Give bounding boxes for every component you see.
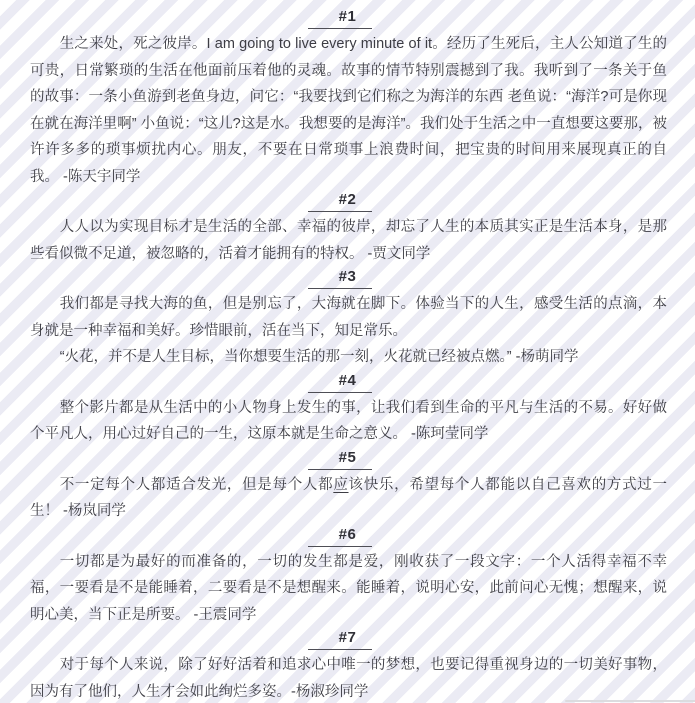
text-segment: 整个影片都是从生活中的小人物身上发生的事，让我们看到生命的平凡与生活的不易。好好… (30, 400, 667, 443)
review-paragraph: 我们都是寻找大海的鱼，但是别忘了，大海就在脚下。体验当下的人生，感受生活的点滴，… (30, 291, 667, 344)
section-heading: #4 (0, 372, 695, 393)
section-heading: #1 (0, 8, 695, 29)
section-number: #5 (339, 449, 357, 466)
section-number: #2 (339, 191, 357, 208)
review-section: #6一切都是为最好的而准备的，一切的发生都是爱，刚收获了一段文字：一个人活得幸福… (0, 526, 695, 629)
heading-underline-rule (308, 28, 372, 29)
text-segment: 对于每个人来说，除了好好活着和追求心中唯一的梦想，也要记得重视身边的一切美好事物… (30, 657, 667, 700)
heading-underline-rule (308, 546, 372, 547)
review-paragraph: 不一定每个人都适合发光，但是每个人都应该快乐，希望每个人都能以自己喜欢的方式过一… (30, 472, 667, 525)
text-segment: 不一定每个人都适合发光，但是每个人都 (60, 477, 334, 493)
heading-underline-rule (308, 392, 372, 393)
review-section: #1生之来处，死之彼岸。I am going to live every min… (0, 8, 695, 190)
text-segment: 生之来处，死之彼岸。I am going to live every minut… (30, 36, 667, 185)
section-number: #6 (339, 526, 357, 543)
review-paragraph: 生之来处，死之彼岸。I am going to live every minut… (30, 31, 667, 190)
review-paragraph: 整个影片都是从生活中的小人物身上发生的事，让我们看到生命的平凡与生活的不易。好好… (30, 395, 667, 448)
section-number: #4 (339, 372, 357, 389)
review-paragraph: 对于每个人来说，除了好好活着和追求心中唯一的梦想，也要记得重视身边的一切美好事物… (30, 652, 667, 703)
section-heading: #5 (0, 449, 695, 470)
heading-underline-rule (308, 649, 372, 650)
section-heading: #6 (0, 526, 695, 547)
review-paragraph: “火花，并不是人生目标，当你想要生活的那一刻，火花就已经被点燃。” -杨萌同学 (30, 344, 667, 371)
review-paragraph: 一切都是为最好的而准备的，一切的发生都是爱，刚收获了一段文字：一个人活得幸福不幸… (30, 549, 667, 629)
heading-underline-rule (308, 469, 372, 470)
text-segment: 人人以为实现目标才是生活的全部、幸福的彼岸，却忘了人生的本质其实正是生活本身，是… (30, 219, 667, 262)
text-segment: “火花，并不是人生目标，当你想要生活的那一刻，火花就已经被点燃。” -杨萌同学 (60, 349, 579, 365)
section-heading: #2 (0, 191, 695, 212)
review-section: #7对于每个人来说，除了好好活着和追求心中唯一的梦想，也要记得重视身边的一切美好… (0, 629, 695, 703)
review-paragraph: 人人以为实现目标才是生活的全部、幸福的彼岸，却忘了人生的本质其实正是生活本身，是… (30, 214, 667, 267)
review-section: #5不一定每个人都适合发光，但是每个人都应该快乐，希望每个人都能以自己喜欢的方式… (0, 449, 695, 525)
review-section: #4整个影片都是从生活中的小人物身上发生的事，让我们看到生命的平凡与生活的不易。… (0, 372, 695, 448)
bottom-edge-shadow (565, 700, 695, 703)
text-segment: 我们都是寻找大海的鱼，但是别忘了，大海就在脚下。体验当下的人生，感受生活的点滴，… (30, 296, 667, 339)
underlined-word: 应 (333, 477, 348, 493)
review-section: #3我们都是寻找大海的鱼，但是别忘了，大海就在脚下。体验当下的人生，感受生活的点… (0, 268, 695, 371)
student-reviews-document: #1生之来处，死之彼岸。I am going to live every min… (0, 0, 695, 703)
section-number: #7 (339, 629, 357, 646)
review-section: #2人人以为实现目标才是生活的全部、幸福的彼岸，却忘了人生的本质其实正是生活本身… (0, 191, 695, 267)
section-number: #3 (339, 268, 357, 285)
heading-underline-rule (308, 288, 372, 289)
section-heading: #7 (0, 629, 695, 650)
section-number: #1 (339, 8, 357, 25)
text-segment: 一切都是为最好的而准备的，一切的发生都是爱，刚收获了一段文字：一个人活得幸福不幸… (30, 554, 667, 623)
sections-container: #1生之来处，死之彼岸。I am going to live every min… (0, 0, 695, 703)
heading-underline-rule (308, 211, 372, 212)
section-heading: #3 (0, 268, 695, 289)
